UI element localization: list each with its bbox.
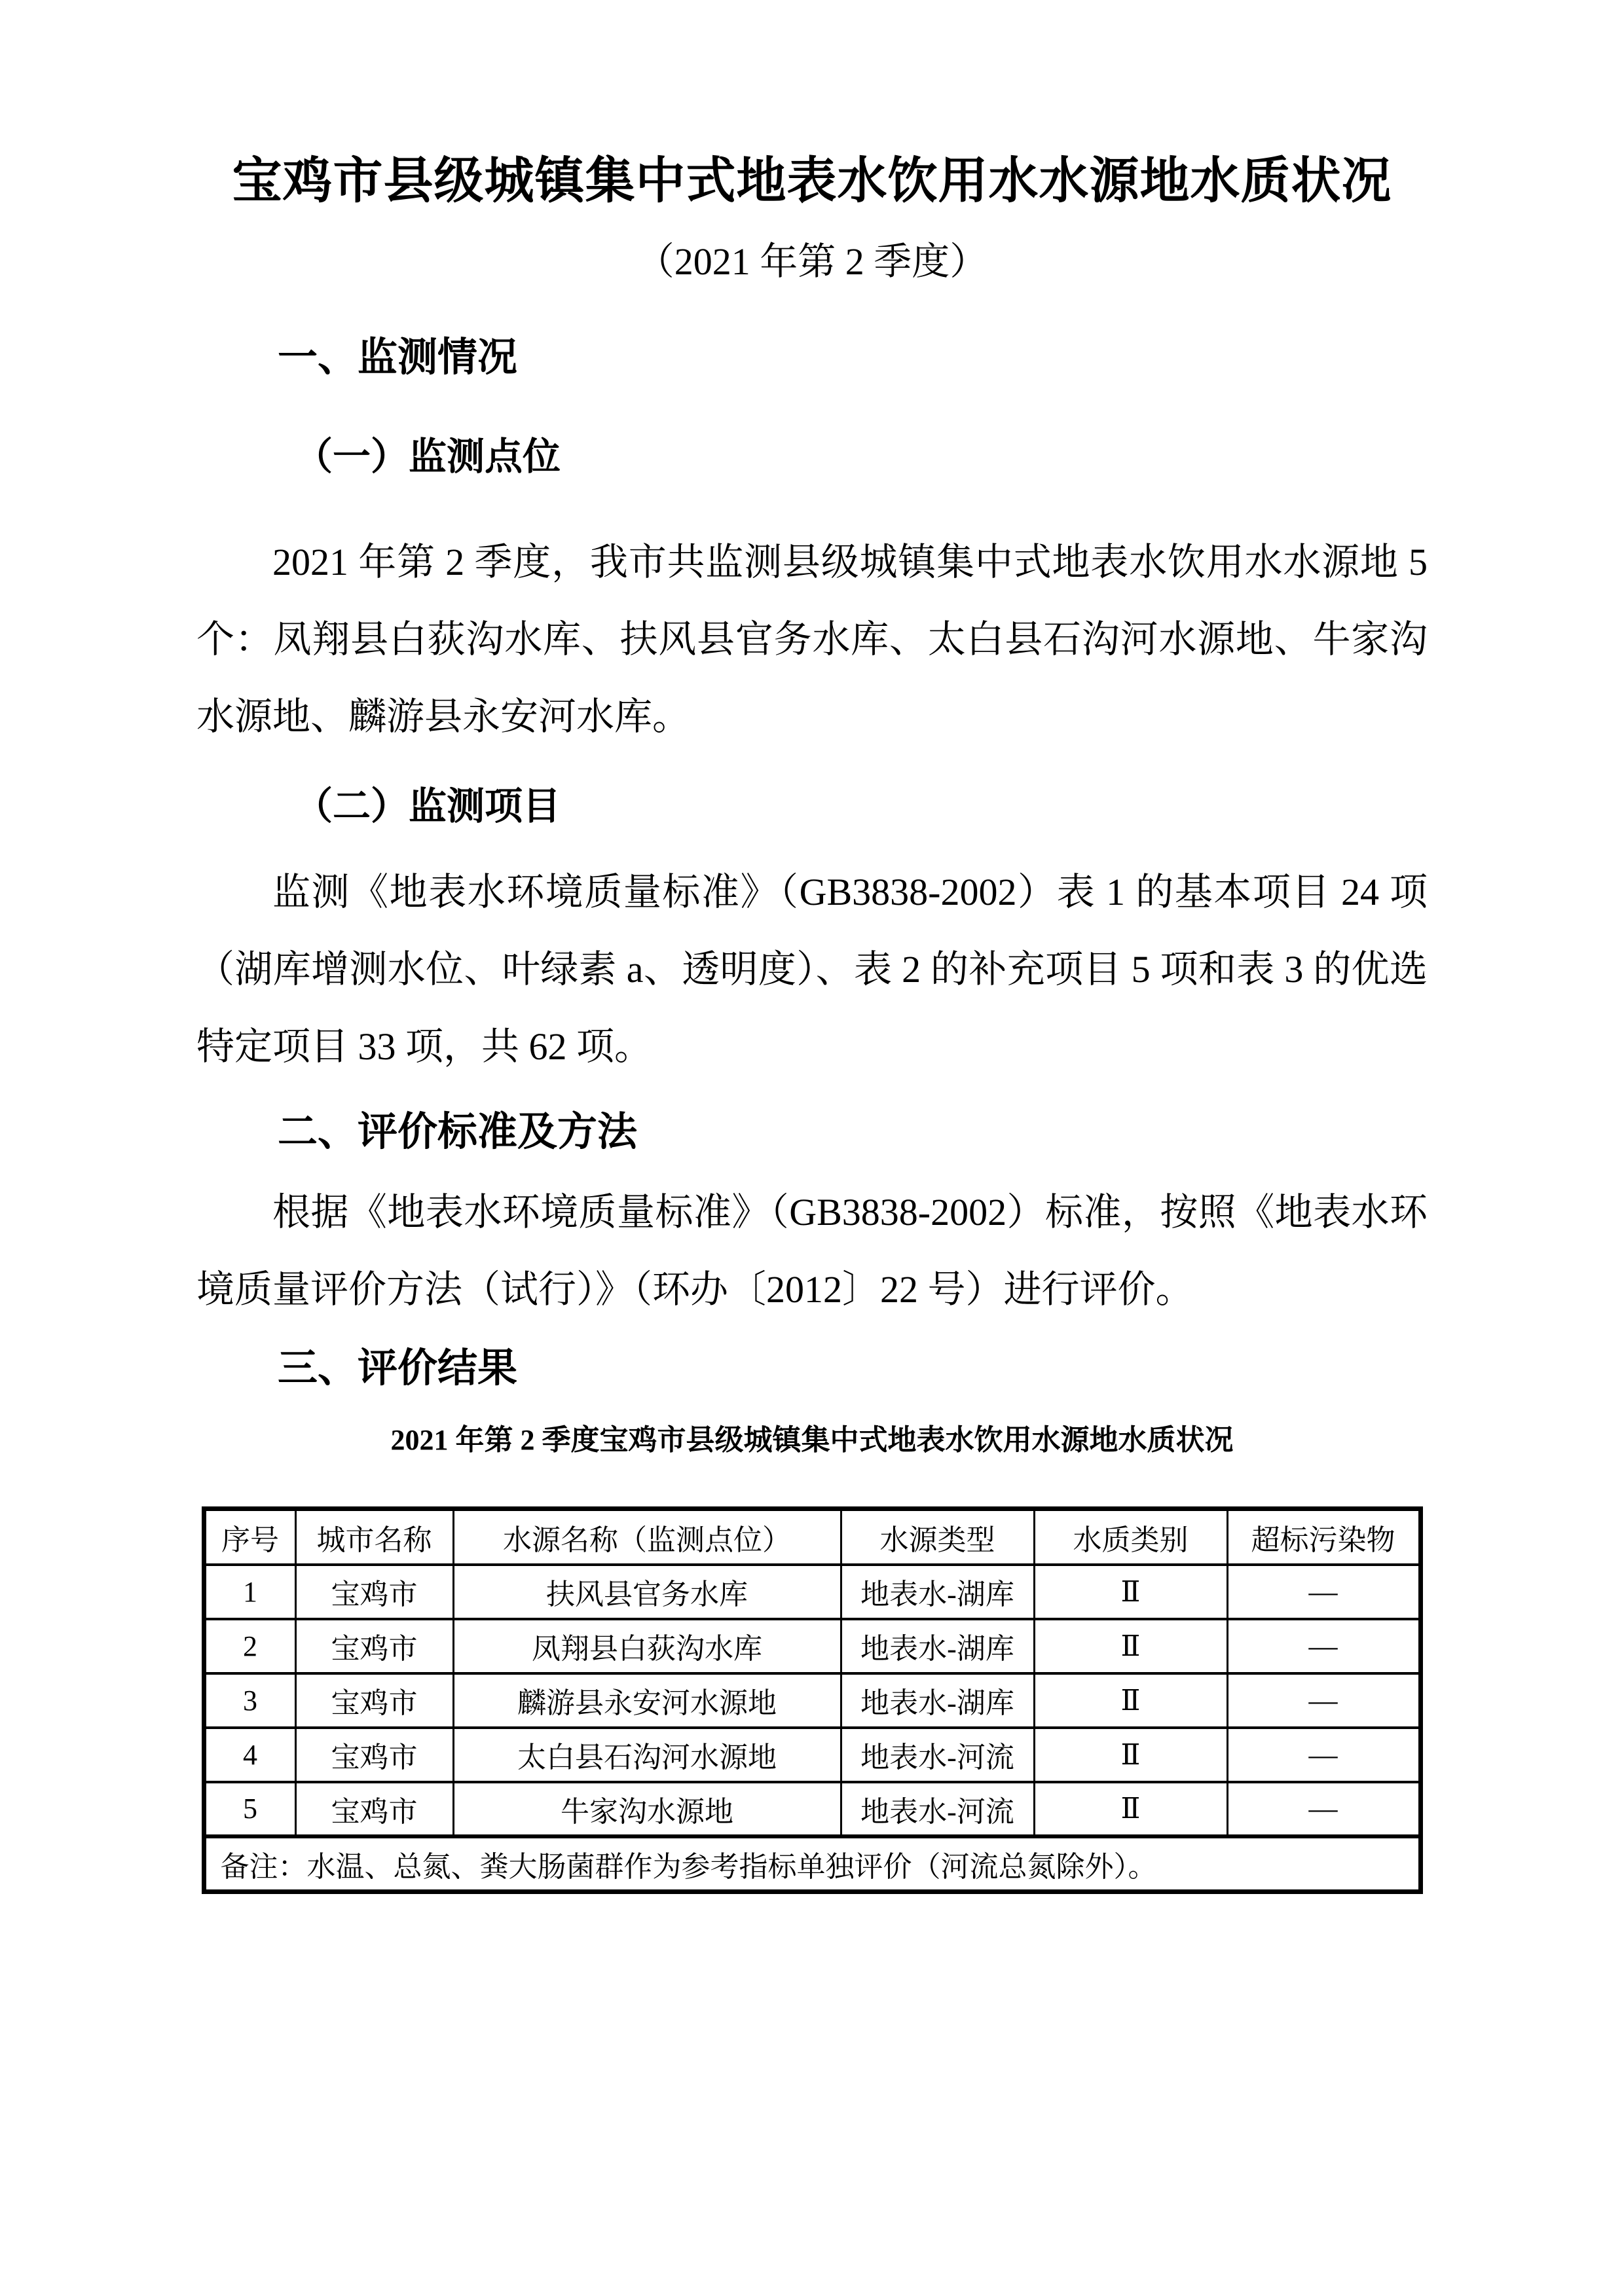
header-cell-city: 城市名称 — [295, 1509, 453, 1565]
cell-quality-class: Ⅱ — [1034, 1673, 1227, 1728]
section2-heading: 二、评价标准及方法 — [196, 1105, 1428, 1157]
water-quality-table: 序号 城市名称 水源名称（监测点位） 水源类型 水质类别 超标污染物 1 宝鸡市… — [202, 1506, 1423, 1894]
table-caption: 2021 年第 2 季度宝鸡市县级城镇集中式地表水饮用水源地水质状况 — [196, 1423, 1428, 1457]
cell-source-type: 地表水-湖库 — [841, 1565, 1034, 1619]
cell-pollutants: — — [1227, 1673, 1420, 1728]
header-cell-source-name: 水源名称（监测点位） — [453, 1509, 841, 1565]
header-cell-pollutants: 超标污染物 — [1227, 1509, 1420, 1565]
cell-source-type: 地表水-湖库 — [841, 1619, 1034, 1673]
table-row: 2 宝鸡市 凤翔县白荻沟水库 地表水-湖库 Ⅱ — — [204, 1619, 1420, 1673]
cell-quality-class: Ⅱ — [1034, 1728, 1227, 1782]
cell-source-name: 牛家沟水源地 — [453, 1782, 841, 1836]
cell-source-type: 地表水-湖库 — [841, 1673, 1034, 1728]
cell-source-type: 地表水-河流 — [841, 1782, 1034, 1836]
cell-source-name: 扶风县官务水库 — [453, 1565, 841, 1619]
cell-index: 4 — [204, 1728, 295, 1782]
section1-sub2-heading: （二）监测项目 — [196, 782, 1428, 831]
table-row: 1 宝鸡市 扶风县官务水库 地表水-湖库 Ⅱ — — [204, 1565, 1420, 1619]
cell-source-name: 麟游县永安河水源地 — [453, 1673, 841, 1728]
header-cell-index: 序号 — [204, 1509, 295, 1565]
cell-city: 宝鸡市 — [295, 1673, 453, 1728]
section3-heading: 三、评价结果 — [196, 1341, 1428, 1394]
cell-pollutants: — — [1227, 1782, 1420, 1836]
cell-pollutants: — — [1227, 1565, 1420, 1619]
cell-quality-class: Ⅱ — [1034, 1619, 1227, 1673]
cell-source-name: 凤翔县白荻沟水库 — [453, 1619, 841, 1673]
section2-paragraph: 根据《地表水环境质量标准》（GB3838-2002）标准，按照《地表水环境质量评… — [196, 1174, 1428, 1328]
cell-index: 1 — [204, 1565, 295, 1619]
cell-quality-class: Ⅱ — [1034, 1782, 1227, 1836]
table-row: 4 宝鸡市 太白县石沟河水源地 地表水-河流 Ⅱ — — [204, 1728, 1420, 1782]
document-page: 宝鸡市县级城镇集中式地表水饮用水水源地水质状况 （2021 年第 2 季度） 一… — [0, 0, 1624, 2296]
cell-source-name: 太白县石沟河水源地 — [453, 1728, 841, 1782]
cell-index: 2 — [204, 1619, 295, 1673]
header-cell-quality-class: 水质类别 — [1034, 1509, 1227, 1565]
cell-city: 宝鸡市 — [295, 1565, 453, 1619]
section1-sub1-paragraph: 2021 年第 2 季度，我市共监测县级城镇集中式地表水饮用水水源地 5 个：凤… — [196, 524, 1428, 756]
cell-source-type: 地表水-河流 — [841, 1728, 1034, 1782]
header-cell-source-type: 水源类型 — [841, 1509, 1034, 1565]
cell-city: 宝鸡市 — [295, 1728, 453, 1782]
table-note-row: 备注：水温、总氮、粪大肠菌群作为参考指标单独评价（河流总氮除外）。 — [204, 1836, 1420, 1892]
cell-pollutants: — — [1227, 1619, 1420, 1673]
table-note: 备注：水温、总氮、粪大肠菌群作为参考指标单独评价（河流总氮除外）。 — [204, 1836, 1420, 1892]
cell-pollutants: — — [1227, 1728, 1420, 1782]
section1-sub2-paragraph: 监测《地表水环境质量标准》（GB3838-2002）表 1 的基本项目 24 项… — [196, 854, 1428, 1085]
cell-index: 3 — [204, 1673, 295, 1728]
document-title: 宝鸡市县级城镇集中式地表水饮用水水源地水质状况 — [196, 151, 1428, 213]
cell-quality-class: Ⅱ — [1034, 1565, 1227, 1619]
document-subtitle: （2021 年第 2 季度） — [196, 236, 1428, 288]
table-row: 3 宝鸡市 麟游县永安河水源地 地表水-湖库 Ⅱ — — [204, 1673, 1420, 1728]
section1-heading: 一、监测情况 — [196, 331, 1428, 383]
cell-index: 5 — [204, 1782, 295, 1836]
table-header-row: 序号 城市名称 水源名称（监测点位） 水源类型 水质类别 超标污染物 — [204, 1509, 1420, 1565]
table-row: 5 宝鸡市 牛家沟水源地 地表水-河流 Ⅱ — — [204, 1782, 1420, 1836]
cell-city: 宝鸡市 — [295, 1782, 453, 1836]
cell-city: 宝鸡市 — [295, 1619, 453, 1673]
section1-sub1-heading: （一）监测点位 — [196, 432, 1428, 481]
